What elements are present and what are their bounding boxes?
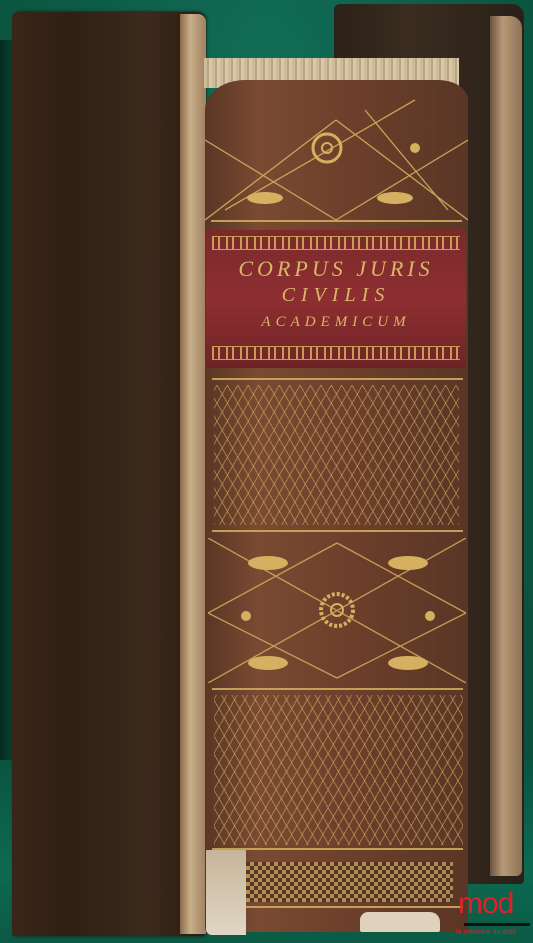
logo-tagline: la mémoire du droit xyxy=(456,929,516,936)
title-line-3: ACADEMICUM xyxy=(206,314,466,331)
mod-logo: mod la mémoire du droit xyxy=(456,893,532,941)
spine-panel-top xyxy=(205,80,468,225)
gilt-rule xyxy=(212,906,463,908)
logo-text: mod xyxy=(458,887,513,921)
back-cover-edge xyxy=(490,16,522,876)
front-cover-board xyxy=(12,12,204,936)
greek-key-border-bottom xyxy=(212,346,460,360)
worn-corner xyxy=(206,850,246,935)
gilt-lattice-panel-1 xyxy=(214,385,459,525)
lozenge-ornament-icon xyxy=(205,80,468,225)
gilt-rule xyxy=(212,378,463,380)
gilt-rule xyxy=(212,530,463,532)
gilt-lattice-panel-2 xyxy=(214,695,463,845)
gilt-rule xyxy=(211,220,462,222)
spine-panel-middle xyxy=(208,538,466,683)
checker-foot-panel xyxy=(238,862,453,902)
sunburst-ornament-icon xyxy=(208,538,466,683)
worn-foot xyxy=(360,912,440,932)
gilt-rule xyxy=(212,848,463,850)
gilt-rule xyxy=(212,688,463,690)
front-cover-edge xyxy=(180,14,206,934)
logo-bar xyxy=(464,923,530,926)
spine-title-label: CORPUS JURIS CIVILIS ACADEMICUM xyxy=(206,230,466,368)
title-line-1: CORPUS JURIS xyxy=(206,256,466,282)
greek-key-border-top xyxy=(212,236,460,250)
title-line-2: CIVILIS xyxy=(206,284,466,307)
